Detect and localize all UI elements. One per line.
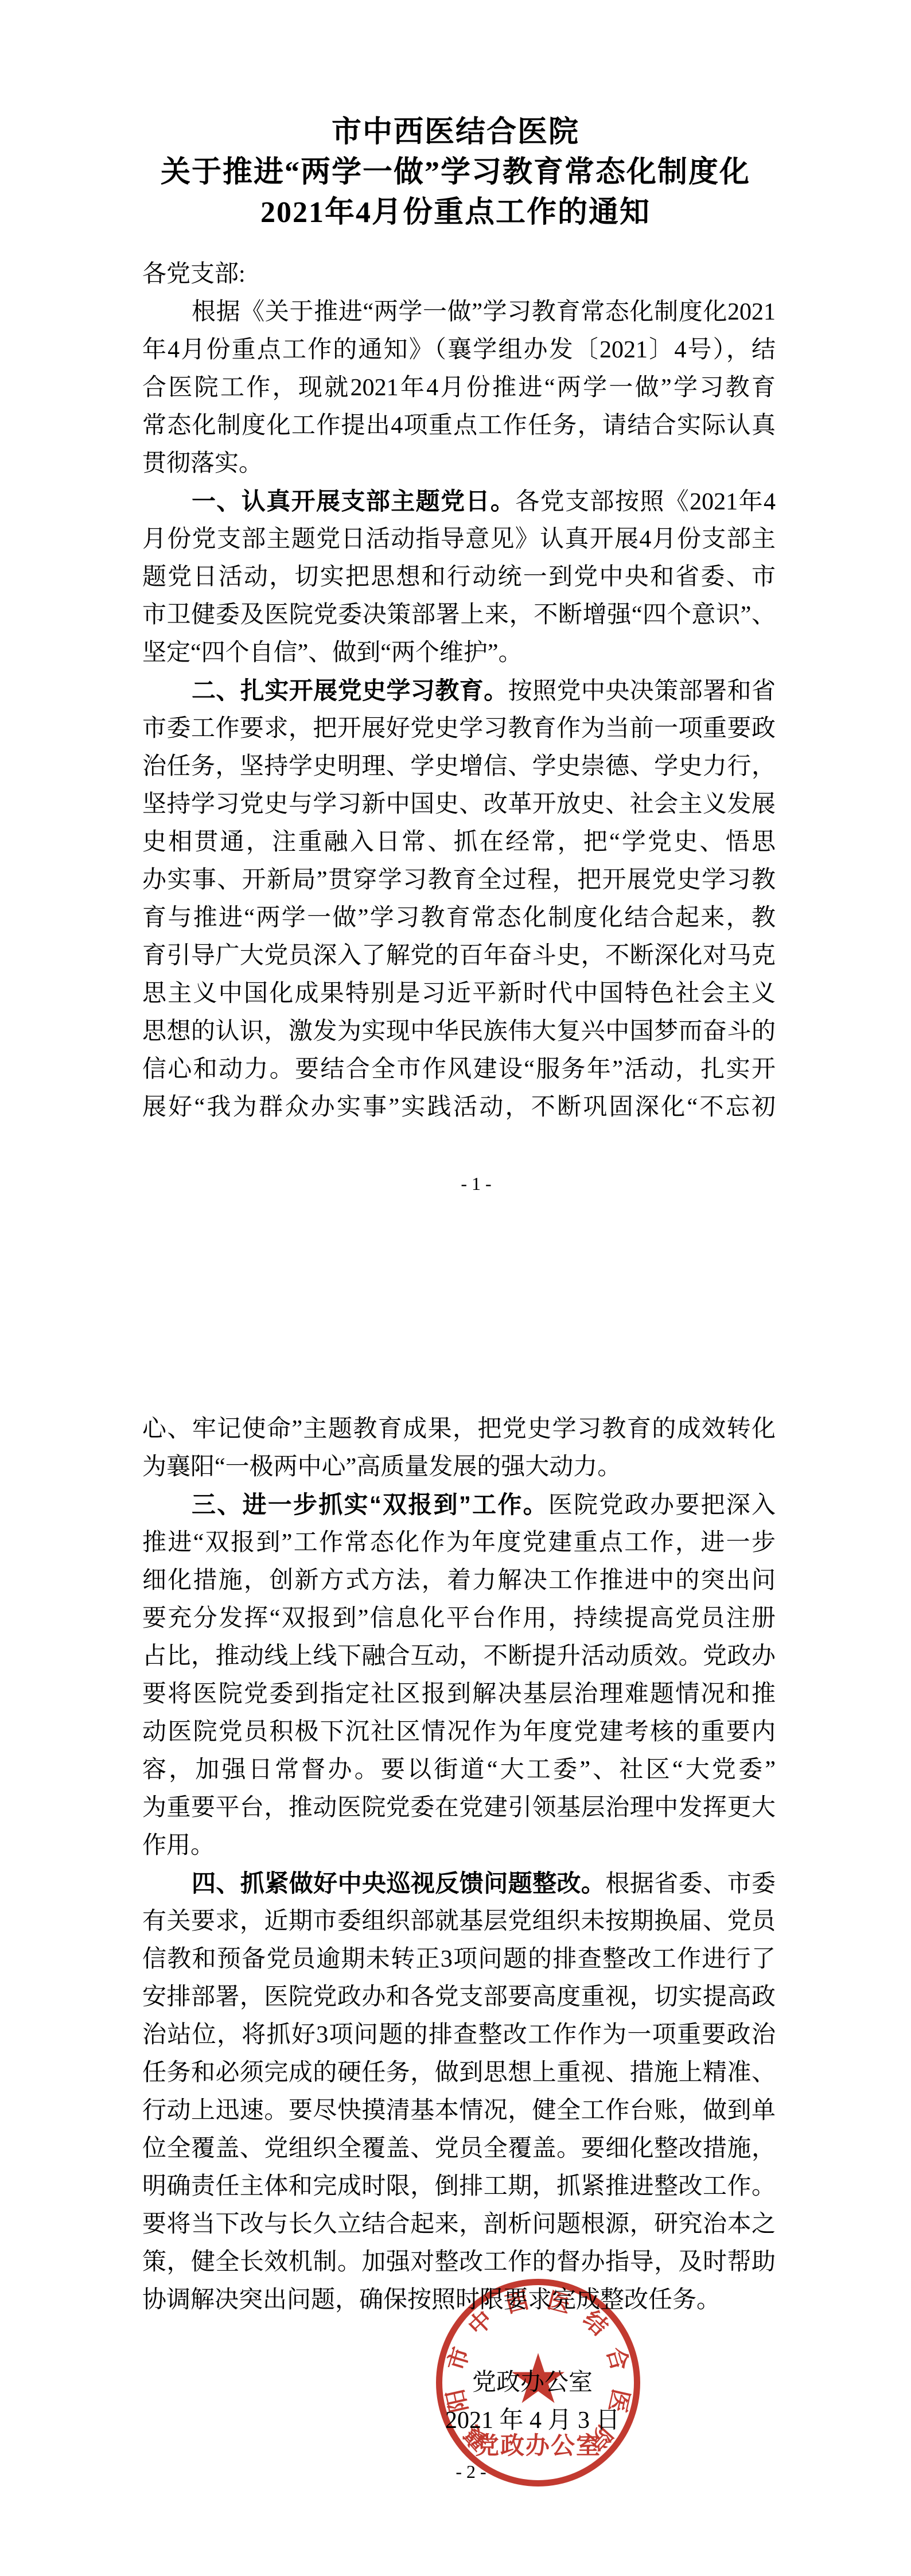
section-heading-lead: 三、进一步抓实“双报到”工作。 <box>192 1491 548 1518</box>
title-line-2: 关于推进“两学一做”学习教育常态化制度化 <box>0 153 911 193</box>
body-line: 为重要平台，推动医院党委在党建引领基层治理中发挥更大 <box>142 1789 776 1827</box>
signature-block: 党政办公室 2021 年 4 月 3 日 <box>445 2364 620 2439</box>
signature-date: 2021 年 4 月 3 日 <box>445 2402 620 2439</box>
body-line: 一、认真开展支部主题党日。各党支部按照《2021年4 <box>142 482 776 520</box>
section-heading-lead: 四、抓紧做好中央巡视反馈问题整改。 <box>192 1870 605 1897</box>
body-line: 动医院党员积极下沉社区情况作为年度党建考核的重要内 <box>142 1713 776 1751</box>
body-line: 月份党支部主题党日活动指导意见》认真开展4月份支部主 <box>142 520 776 558</box>
body-line: 育引导广大党员深入了解党的百年奋斗史，不断深化对马克 <box>142 937 776 975</box>
body-line: 市卫健委及医院党委决策部署上来，不断增强“四个意识”、 <box>142 596 776 634</box>
body-line: 常态化制度化工作提出4项重点工作任务，请结合实际认真 <box>142 407 776 445</box>
notice-document: 市中西医结合医院 关于推进“两学一做”学习教育常态化制度化 2021年4月份重点… <box>0 0 911 2576</box>
body-line: 信心和动力。要结合全市作风建设“服务年”活动，扎实开 <box>142 1050 776 1088</box>
body-line: 信教和预备党员逾期未转正3项问题的排查整改工作进行了 <box>142 1940 776 1978</box>
page-2-body: 心、牢记使命”主题教育成果，把党史学习教育的成效转化为襄阳“一极两中心”高质量发… <box>142 1410 776 2319</box>
title-line-1: 市中西医结合医院 <box>0 112 911 153</box>
body-line: 协调解决突出问题，确保按照时限要求完成整改任务。 <box>142 2281 776 2319</box>
body-line: 思想的认识，激发为实现中华民族伟大复兴中国梦而奋斗的 <box>142 1013 776 1050</box>
section-heading-lead: 一、认真开展支部主题党日。 <box>192 488 515 515</box>
body-line: 办实事、开新局”贯穿学习教育全过程，把开展党史学习教 <box>142 861 776 899</box>
body-line: 策，健全长效机制。加强对整改工作的督办指导，及时帮助 <box>142 2243 776 2281</box>
body-line: 题党日活动，切实把思想和行动统一到党中央和省委、市委、 <box>142 558 776 596</box>
body-line: 展好“我为群众办实事”实践活动，不断巩固深化“不忘初 <box>142 1088 776 1126</box>
page-1-body: 各党支部:根据《关于推进“两学一做”学习教育常态化制度化2021年4月份重点工作… <box>142 255 776 1126</box>
body-line: 细化措施，创新方式方法，着力解决工作推进中的突出问题。 <box>142 1562 776 1600</box>
body-line: 四、抓紧做好中央巡视反馈问题整改。根据省委、市委 <box>142 1865 776 1902</box>
page-1-number: - 1 - <box>0 1172 911 1195</box>
body-line: 年4月份重点工作的通知》（襄学组办发〔2021〕4号），结 <box>142 331 776 369</box>
title-line-3: 2021年4月份重点工作的通知 <box>0 193 911 233</box>
body-line: 贯彻落实。 <box>142 445 776 482</box>
signature-office: 党政办公室 <box>445 2364 620 2402</box>
body-line: 为襄阳“一极两中心”高质量发展的强大动力。 <box>142 1448 776 1486</box>
body-line: 要将当下改与长久立结合起来，剖析问题根源，研究治本之 <box>142 2205 776 2243</box>
body-line: 有关要求，近期市委组织部就基层党组织未按期换届、党员 <box>142 1902 776 1940</box>
body-line: 史相贯通，注重融入日常、抓在经常，把“学党史、悟思想、 <box>142 823 776 861</box>
body-line: 合医院工作，现就2021年4月份推进“两学一做”学习教育 <box>142 369 776 407</box>
body-line: 三、进一步抓实“双报到”工作。医院党政办要把深入 <box>142 1486 776 1524</box>
body-line: 任务和必须完成的硬任务，做到思想上重视、措施上精准、 <box>142 2054 776 2092</box>
body-line: 坚持学习党史与学习新中国史、改革开放史、社会主义发展 <box>142 785 776 823</box>
section-heading-lead: 二、扎实开展党史学习教育。 <box>192 677 508 704</box>
body-line: 要充分发挥“双报到”信息化平台作用，持续提高党员注册 <box>142 1600 776 1637</box>
body-line: 作用。 <box>142 1827 776 1865</box>
body-line: 安排部署，医院党政办和各党支部要高度重视，切实提高政 <box>142 1978 776 2016</box>
body-line: 二、扎实开展党史学习教育。按照党中央决策部署和省 <box>142 672 776 710</box>
body-line: 明确责任主体和完成时限，倒排工期，抓紧推进整改工作。 <box>142 2168 776 2205</box>
body-line: 治任务，坚持学史明理、学史增信、学史崇德、学史力行， <box>142 748 776 785</box>
body-line: 治站位，将抓好3项问题的排查整改工作作为一项重要政治 <box>142 2016 776 2054</box>
document-title: 市中西医结合医院 关于推进“两学一做”学习教育常态化制度化 2021年4月份重点… <box>0 112 911 233</box>
body-line: 容，加强日常督办。要以街道“大工委”、社区“大党委” <box>142 1751 776 1789</box>
body-line: 位全覆盖、党组织全覆盖、党员全覆盖。要细化整改措施， <box>142 2130 776 2168</box>
body-line: 根据《关于推进“两学一做”学习教育常态化制度化2021 <box>142 293 776 331</box>
body-line: 行动上迅速。要尽快摸清基本情况，健全工作台账，做到单 <box>142 2092 776 2130</box>
body-line: 要将医院党委到指定社区报到解决基层治理难题情况和推 <box>142 1675 776 1713</box>
body-line: 育与推进“两学一做”学习教育常态化制度化结合起来，教 <box>142 899 776 937</box>
body-line: 市委工作要求，把开展好党史学习教育作为当前一项重要政 <box>142 710 776 748</box>
body-line: 推进“双报到”工作常态化作为年度党建重点工作，进一步 <box>142 1524 776 1562</box>
body-line: 思主义中国化成果特别是习近平新时代中国特色社会主义 <box>142 975 776 1013</box>
body-line: 心、牢记使命”主题教育成果，把党史学习教育的成效转化 <box>142 1410 776 1448</box>
body-line: 占比，推动线上线下融合互动，不断提升活动质效。党政办 <box>142 1637 776 1675</box>
body-line: 坚定“四个自信”、做到“两个维护”。 <box>142 634 776 672</box>
body-line: 各党支部: <box>142 255 776 293</box>
